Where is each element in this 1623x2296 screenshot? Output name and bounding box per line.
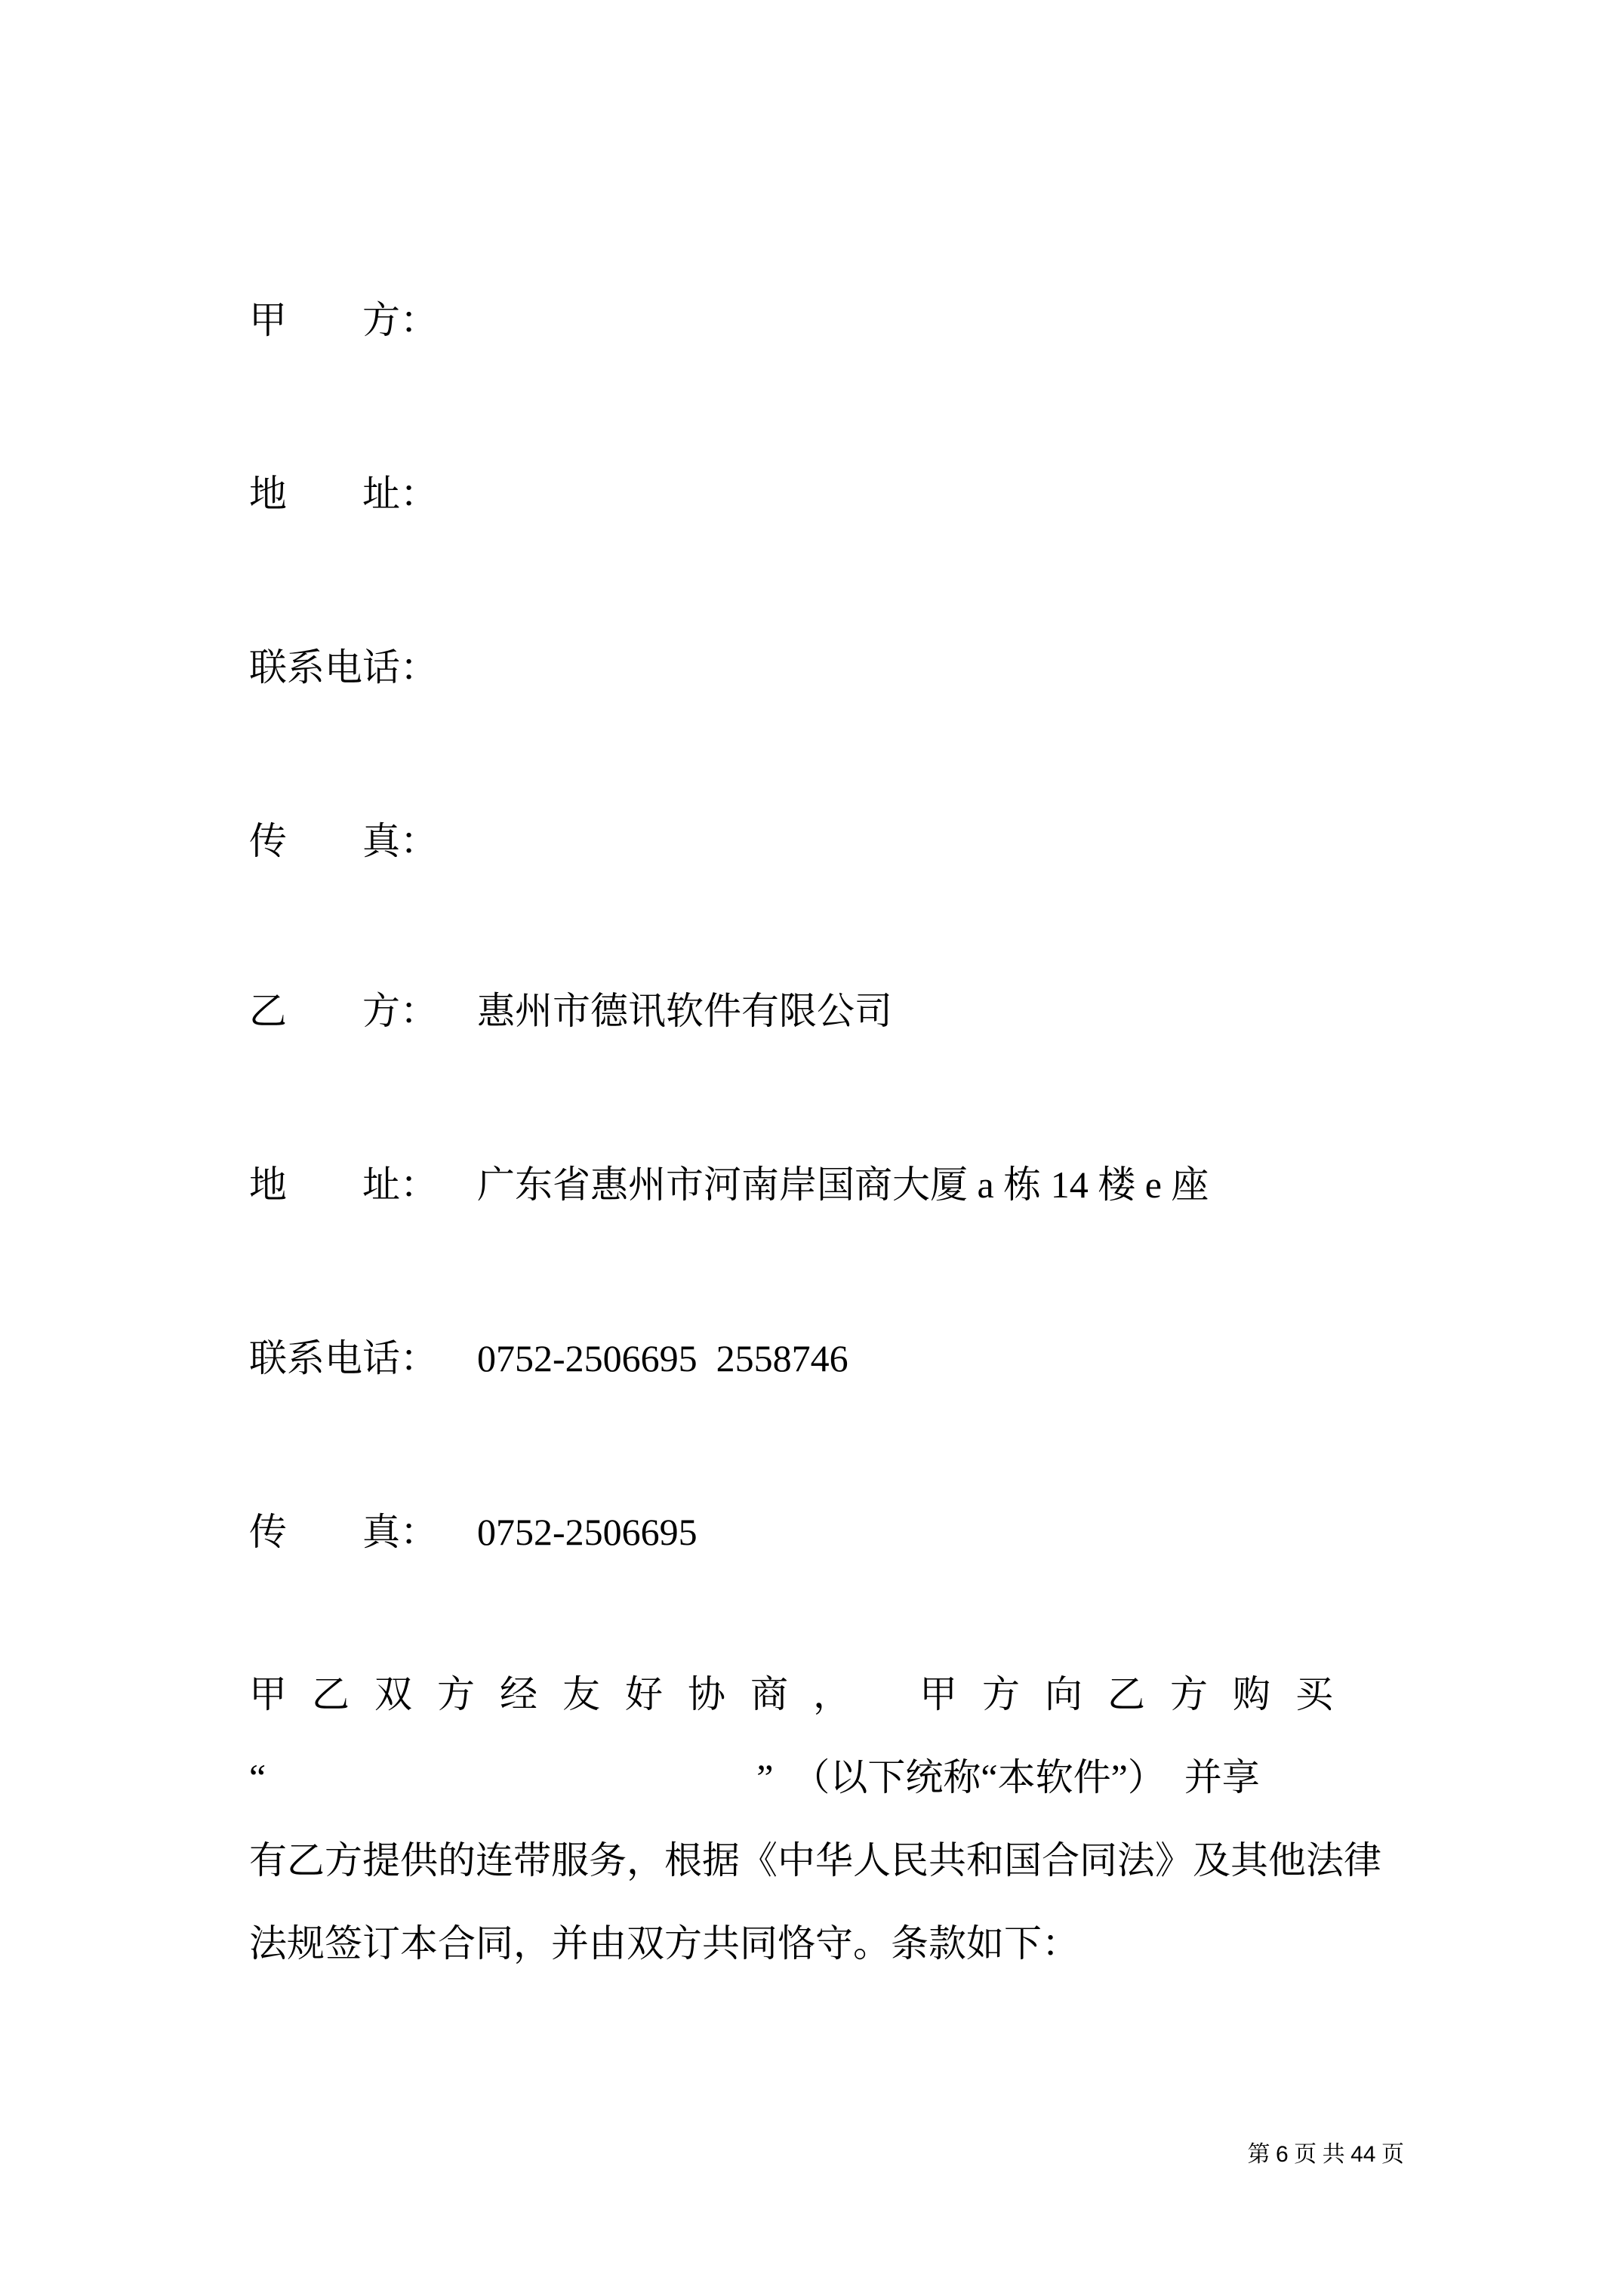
party-a-phone-label: 联系电话： bbox=[249, 646, 477, 689]
party-b-name-value: 惠州市德讯软件有限公司 bbox=[477, 990, 892, 1032]
software-name-blank bbox=[266, 1789, 756, 1790]
agreement-paragraph-line-3: 有乙方提供的连带服务，根据《中华人民共和国合同法》及其他法律 bbox=[249, 1838, 1381, 1882]
footer-suffix: 页 bbox=[1376, 2142, 1405, 2167]
party-b-address-field: 地 址：广东省惠州市河南岸国商大厦 a 栋 14 楼 e 座 bbox=[249, 1163, 1209, 1207]
party-b-phone-value: 0752-2506695 2558746 bbox=[477, 1337, 848, 1379]
party-b-address-label: 地 址： bbox=[249, 1163, 477, 1207]
party-b-name-field: 乙 方：惠州市德讯软件有限公司 bbox=[249, 989, 892, 1033]
party-b-fax-field: 传 真：0752-2506695 bbox=[249, 1510, 698, 1554]
party-a-name-field: 甲 方： bbox=[249, 298, 477, 342]
footer-total-pages: 44 bbox=[1350, 2142, 1375, 2167]
party-a-phone-field: 联系电话： bbox=[249, 646, 477, 689]
page-footer: 第 6 页 共 44 页 bbox=[1247, 2141, 1404, 2168]
software-name-open-quote: “ bbox=[249, 1756, 266, 1798]
party-a-fax-field: 传 真： bbox=[249, 819, 477, 863]
agreement-paragraph-line-4: 法规签订本合同，并由双方共同恪守。条款如下： bbox=[249, 1922, 1079, 1965]
contract-document-page: 甲 方： 地 址： 联系电话： 传 真： 乙 方：惠州市德讯软件有限公司 地 址… bbox=[0, 0, 1623, 2296]
party-b-phone-label: 联系电话： bbox=[249, 1336, 477, 1380]
party-b-fax-label: 传 真： bbox=[249, 1510, 477, 1554]
footer-page-number: 6 bbox=[1276, 2142, 1289, 2167]
agreement-paragraph-line-2-text: ” （以下统称“本软件”） 并享 bbox=[756, 1756, 1260, 1798]
party-b-phone-field: 联系电话：0752-2506695 2558746 bbox=[249, 1336, 848, 1380]
party-a-address-field: 地 址： bbox=[249, 472, 477, 516]
party-a-label: 甲 方： bbox=[249, 298, 477, 342]
party-a-fax-label: 传 真： bbox=[249, 819, 477, 863]
party-a-address-label: 地 址： bbox=[249, 472, 477, 516]
agreement-paragraph-line-2: “” （以下统称“本软件”） 并享 bbox=[249, 1755, 1260, 1799]
party-b-address-value: 广东省惠州市河南岸国商大厦 a 栋 14 楼 e 座 bbox=[477, 1163, 1209, 1206]
party-b-label: 乙 方： bbox=[249, 989, 477, 1033]
footer-middle: 页 共 bbox=[1289, 2142, 1351, 2167]
agreement-paragraph-line-1: 甲乙双方经友好协商， 甲方向乙方购买 bbox=[249, 1672, 1358, 1716]
footer-prefix: 第 bbox=[1247, 2142, 1276, 2167]
party-b-fax-value: 0752-2506695 bbox=[477, 1511, 698, 1553]
